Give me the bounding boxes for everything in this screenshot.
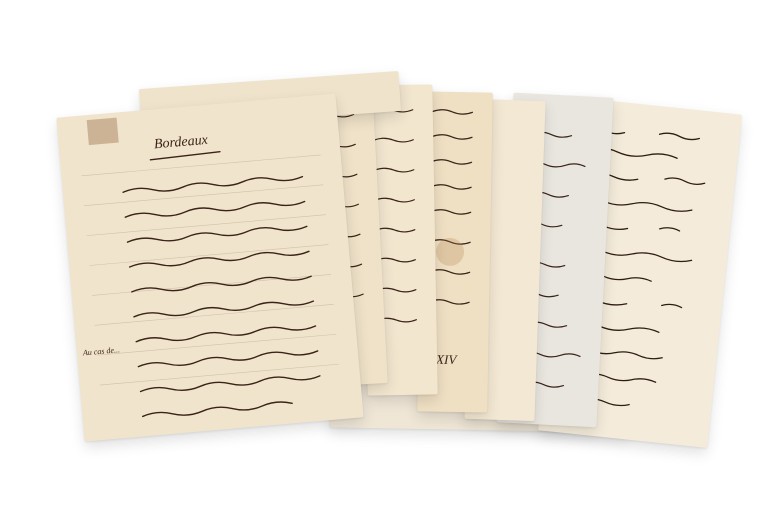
front-manuscript-sheet: Bordeaux Au cas de... xyxy=(56,93,363,441)
page-number-annotation: XIV xyxy=(436,352,456,368)
handwriting-lines xyxy=(56,93,363,441)
manuscript-photo: XIV xyxy=(0,0,768,512)
